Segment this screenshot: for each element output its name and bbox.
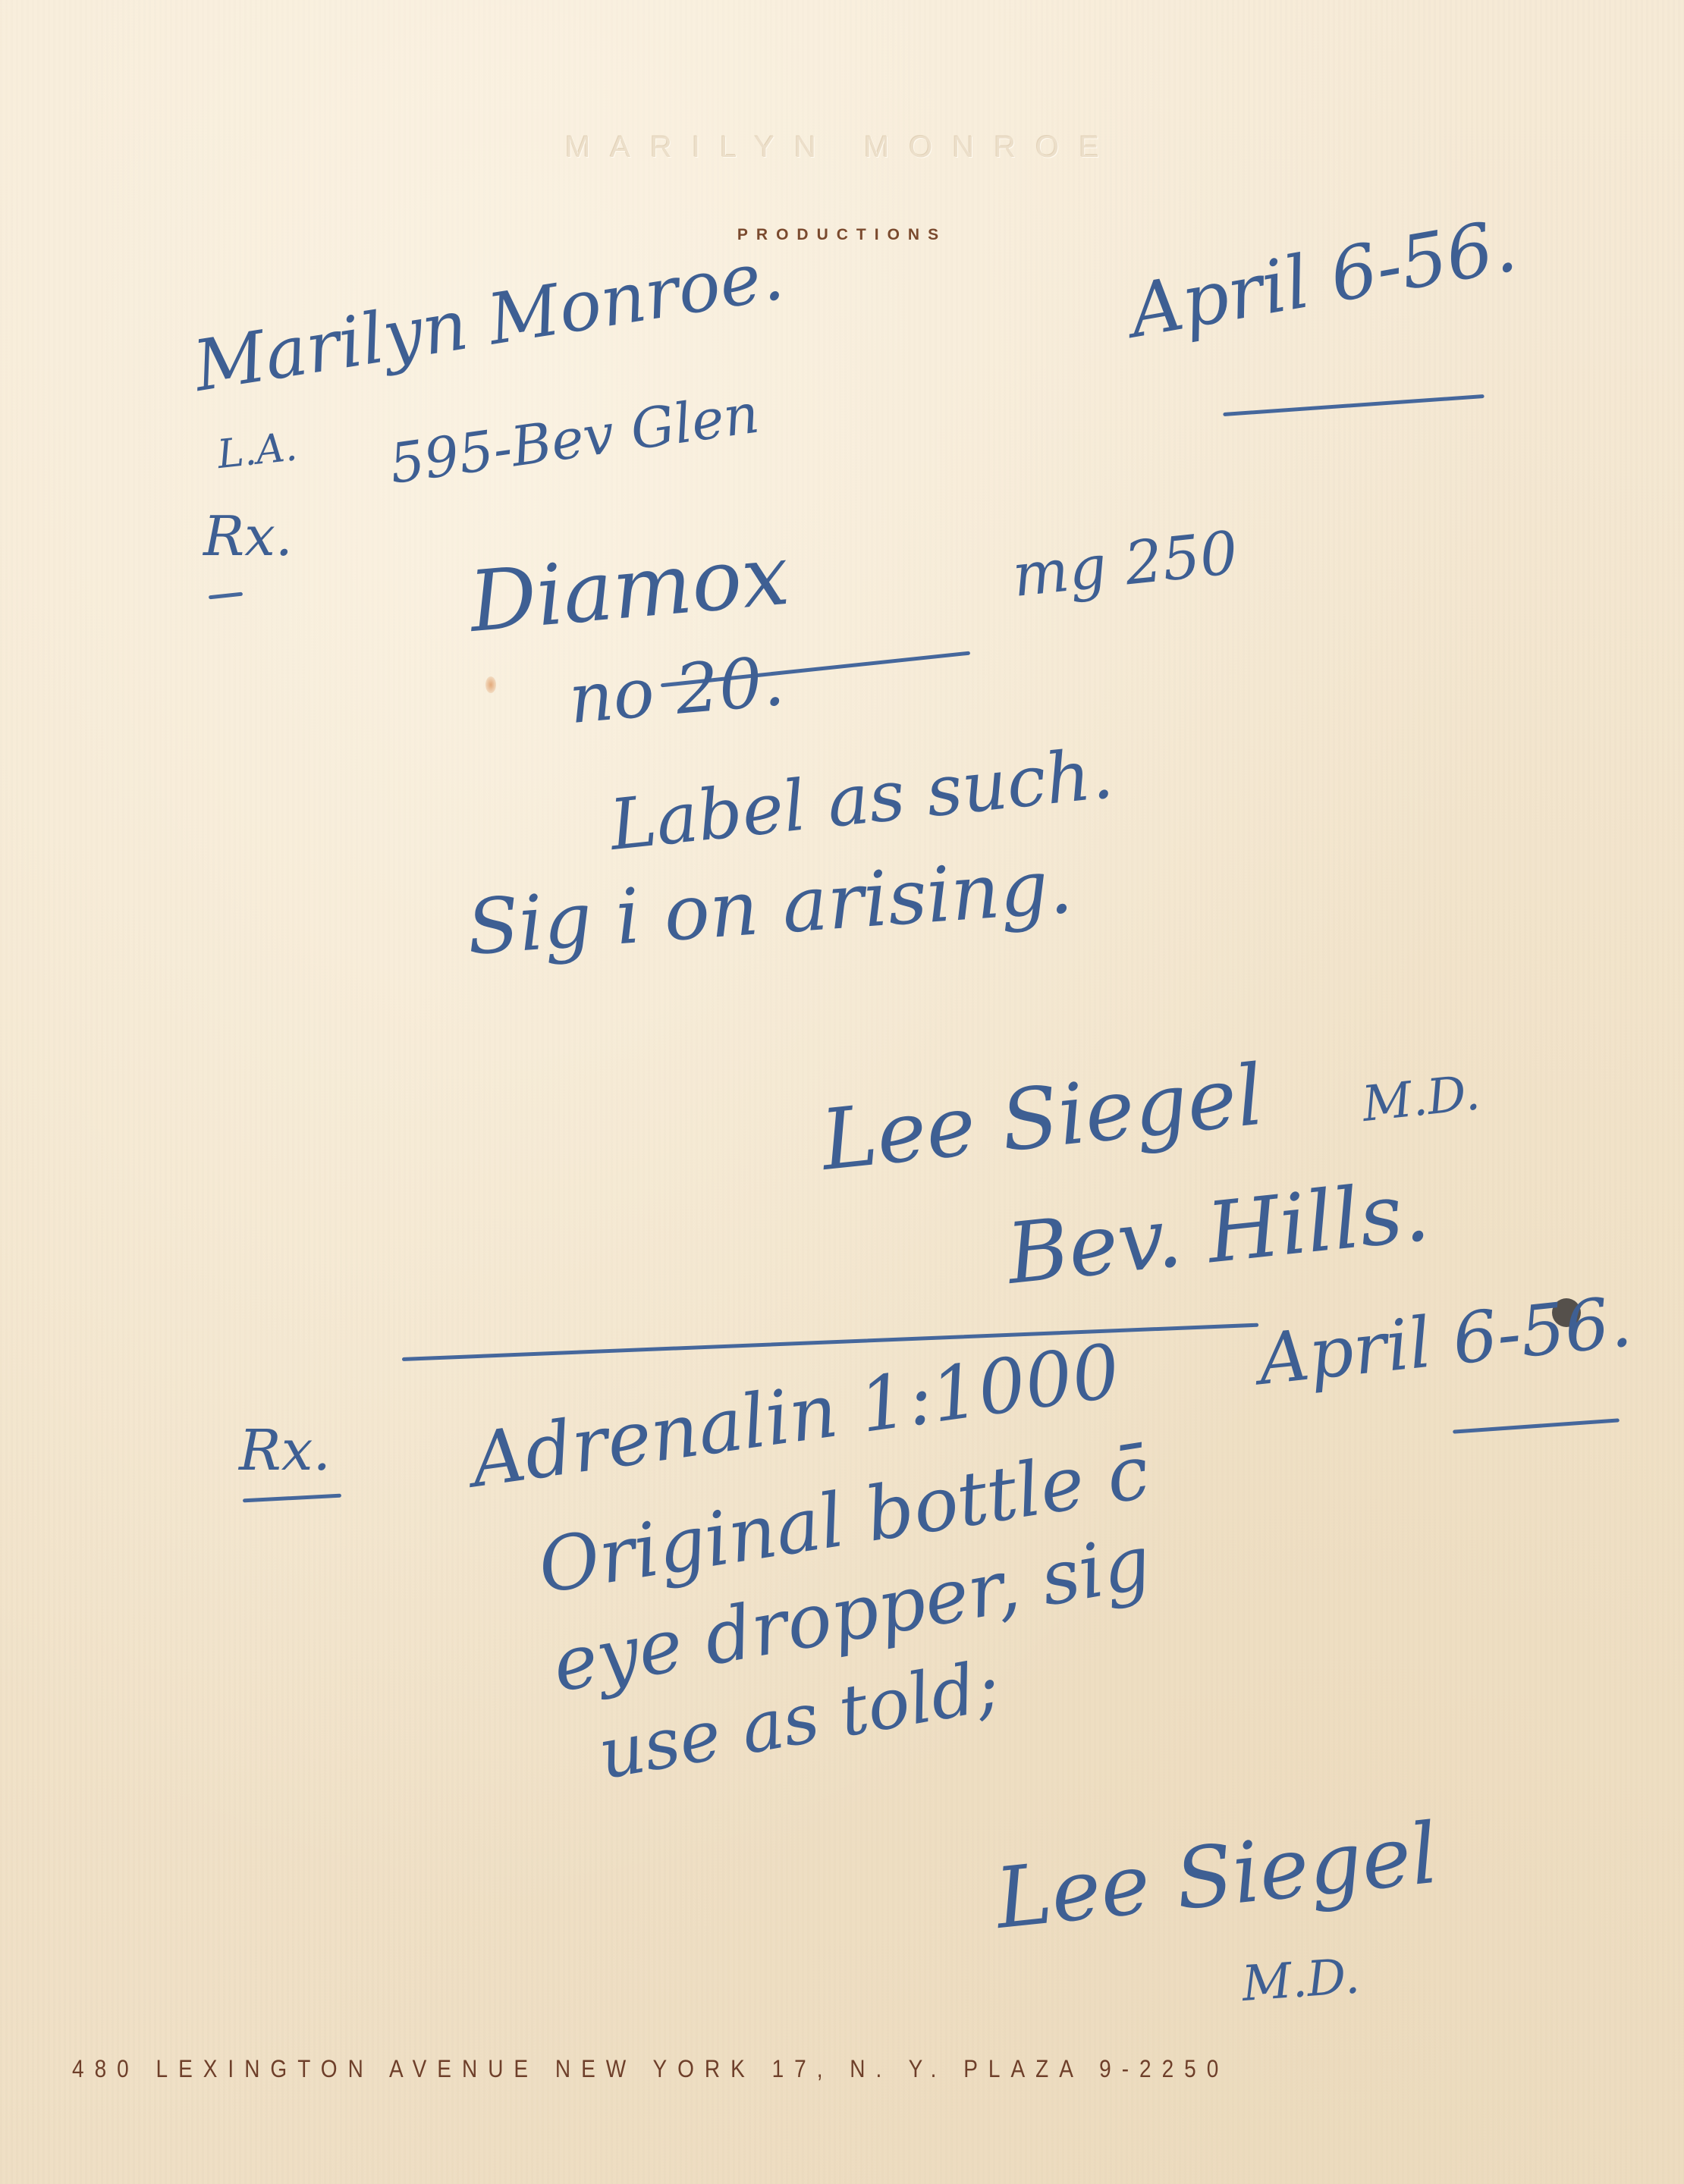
rx-symbol-2: Rx. — [239, 1418, 331, 1483]
embossed-name: MARILYN MONROE — [0, 130, 1684, 165]
letterhead-footer-address: 480 LEXINGTON AVENUE NEW YORK 17, N. Y. … — [72, 2055, 1229, 2083]
signature-2-credential: M.D. — [1240, 1948, 1362, 2013]
paper-stain — [485, 676, 496, 693]
rx-symbol-1: Rx. — [203, 504, 293, 568]
patient-city: L.A. — [215, 424, 300, 478]
